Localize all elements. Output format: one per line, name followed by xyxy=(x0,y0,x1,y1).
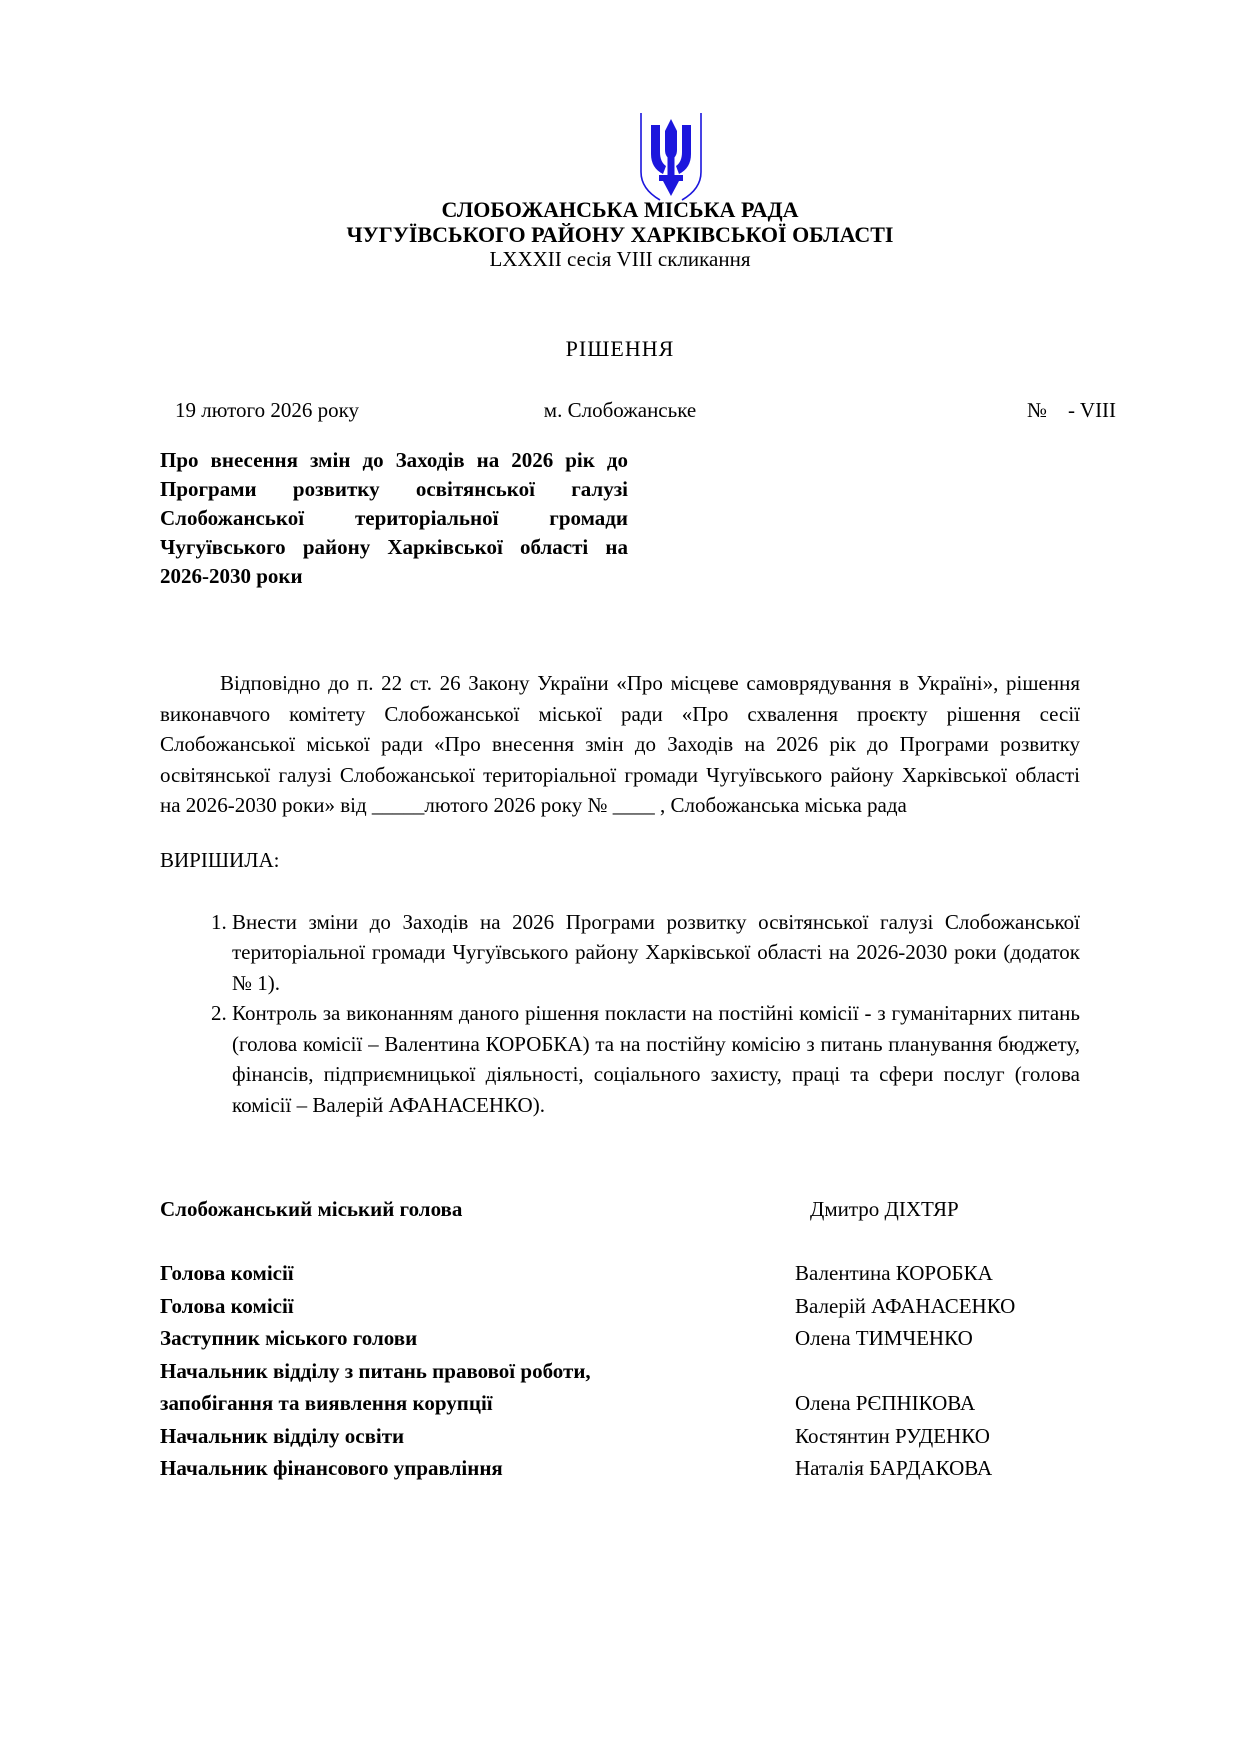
signature-row: Начальник відділу освіти Костянтин РУДЕН… xyxy=(160,1420,1080,1453)
preamble-paragraph: Відповідно до п. 22 ст. 26 Закону Україн… xyxy=(160,668,1080,821)
resolution-item: Внести зміни до Заходів на 2026 Програми… xyxy=(232,907,1080,999)
signature-name: Валентина КОРОБКА xyxy=(795,1257,993,1290)
session-line: LXXXII сесія VIII скликання xyxy=(160,247,1080,272)
signature-title: Начальник фінансового управління xyxy=(160,1456,503,1480)
signature-name: Костянтин РУДЕНКО xyxy=(795,1420,990,1453)
signature-row: Голова комісії Валентина КОРОБКА xyxy=(160,1257,1080,1290)
signature-row: Заступник міського голови Олена ТИМЧЕНКО xyxy=(160,1322,1080,1355)
signature-name: Дмитро ДІХТЯР xyxy=(810,1197,959,1222)
org-name-line2: ЧУГУЇВСЬКОГО РАЙОНУ ХАРКІВСЬКОЇ ОБЛАСТІ xyxy=(160,222,1080,247)
signature-row: Начальник фінансового управління Наталія… xyxy=(160,1452,1080,1485)
document-place: м. Слобожанське xyxy=(160,397,1080,423)
resolved-label: ВИРІШИЛА: xyxy=(160,845,1080,875)
signature-title: Начальник відділу з питань правової робо… xyxy=(160,1359,591,1383)
signature-title: Заступник міського голови xyxy=(160,1326,417,1350)
document-content: СЛОБОЖАНСЬКА МІСЬКА РАДА ЧУГУЇВСЬКОГО РА… xyxy=(0,0,1240,1485)
signature-name: Олена РЄПНІКОВА xyxy=(795,1387,975,1420)
signature-title: запобігання та виявлення корупції xyxy=(160,1391,493,1415)
signature-row: Слобожанський міський голова Дмитро ДІХТ… xyxy=(160,1197,1080,1222)
resolution-item: Контроль за виконанням даного рішення по… xyxy=(232,998,1080,1120)
signature-row: запобігання та виявлення корупції Олена … xyxy=(160,1387,1080,1420)
signature-title: Начальник відділу освіти xyxy=(160,1424,404,1448)
meta-row: 19 лютого 2026 року м. Слобожанське № - … xyxy=(160,397,1080,423)
signature-row: Начальник відділу з питань правової робо… xyxy=(160,1355,1080,1388)
org-name-line1: СЛОБОЖАНСЬКА МІСЬКА РАДА xyxy=(160,197,1080,222)
signature-name: Олена ТИМЧЕНКО xyxy=(795,1322,973,1355)
subject-paragraph: Про внесення змін до Заходів на 2026 рік… xyxy=(160,446,628,591)
signature-title: Слобожанський міський голова xyxy=(160,1197,462,1221)
signature-name: Наталія БАРДАКОВА xyxy=(795,1452,992,1485)
document-type-title: РІШЕННЯ xyxy=(160,336,1080,361)
signature-list: Голова комісії Валентина КОРОБКА Голова … xyxy=(160,1257,1080,1485)
document-number: № - VIII xyxy=(1027,397,1116,423)
signature-row: Голова комісії Валерій АФАНАСЕНКО xyxy=(160,1290,1080,1323)
resolution-items: Внести зміни до Заходів на 2026 Програми… xyxy=(160,907,1080,1121)
signature-name: Валерій АФАНАСЕНКО xyxy=(795,1290,1015,1323)
signature-title: Голова комісії xyxy=(160,1261,294,1285)
signature-title: Голова комісії xyxy=(160,1294,294,1318)
document-page: СЛОБОЖАНСЬКА МІСЬКА РАДА ЧУГУЇВСЬКОГО РА… xyxy=(0,0,1240,1754)
